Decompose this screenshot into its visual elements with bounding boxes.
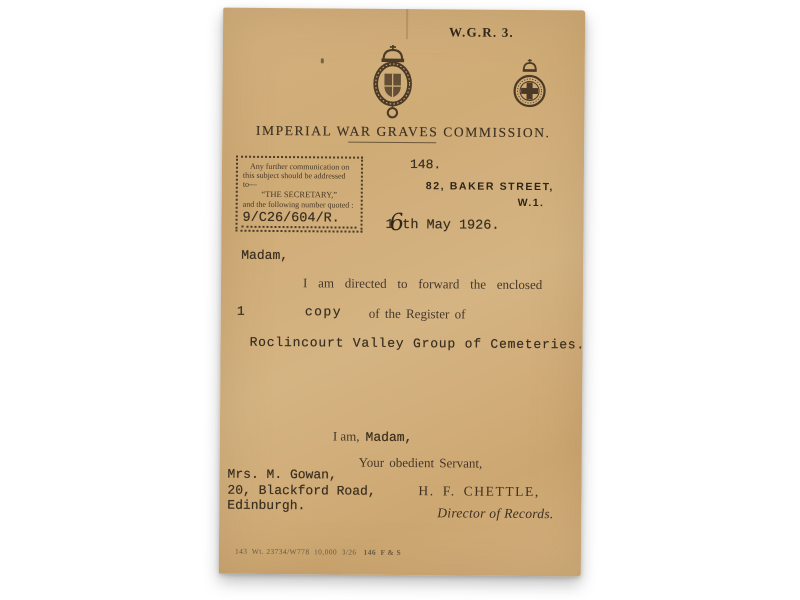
imprint-code: 143 Wt. 23734/W778 10,000 3/26 — [235, 547, 357, 557]
opening-line: I am directed to forward the enclosed — [303, 275, 542, 293]
reference-notice-line: and the following number quoted : — [243, 200, 356, 210]
reference-box: Any further communication on this subjec… — [235, 156, 363, 233]
imprint-printer-code: 146 F & S — [364, 548, 402, 557]
royal-arms-icon — [367, 44, 418, 120]
recipient-name: Mrs. M. Gowan, — [228, 467, 376, 484]
date-remainder: th May 1926. — [402, 218, 499, 234]
letter-paper: W.G.R. 3. — [219, 8, 585, 577]
copies-count: 1 — [237, 304, 245, 319]
title-rule — [348, 142, 436, 144]
recipient-street: 20, Blackford Road, — [227, 482, 375, 499]
closing-i-am: I am, — [333, 428, 360, 443]
salutation: Madam, — [241, 248, 288, 263]
reference-number: 9/C26/604/R. — [243, 211, 356, 227]
reference-addressee: “THE SECRETARY,” — [243, 189, 356, 201]
closing-madam: Madam, — [366, 430, 413, 445]
typed-form-count: 148. — [410, 157, 441, 172]
form-number: W.G.R. 3. — [449, 24, 514, 41]
register-intro: of the Register of — [369, 306, 466, 323]
closing-line: I am,Madam, — [333, 428, 413, 445]
street-address: 82, BAKER STREET, — [426, 180, 554, 193]
printers-imprint: 143 Wt. 23734/W778 10,000 3/26146 F & S — [235, 547, 401, 557]
paper-crease — [406, 9, 408, 39]
ink-speck — [321, 58, 324, 63]
date-handwritten-digit: 6 — [388, 209, 405, 236]
postal-district: W.1. — [518, 197, 545, 209]
signatory-title: Director of Records. — [437, 505, 553, 522]
date-line: 16th May 1926. — [385, 208, 499, 235]
recipient-city: Edinburgh. — [227, 498, 375, 515]
disabled-men-badge-icon — [509, 58, 549, 118]
reference-notice-line: this subject should be addressed — [243, 171, 356, 181]
copies-word: copy — [305, 304, 342, 319]
signatory-name: H. F. CHETTLE, — [418, 483, 540, 500]
recipient-address-block: Mrs. M. Gowan, 20, Blackford Road, Edinb… — [227, 467, 376, 515]
servant-line: Your obedient Servant, — [359, 455, 483, 472]
page-title: IMPERIAL WAR GRAVES COMMISSION. — [222, 123, 584, 142]
reference-dotted-line — [241, 226, 356, 229]
photo-background: W.G.R. 3. — [0, 0, 800, 600]
register-name: Roclincourt Valley Group of Cemeteries. — [250, 335, 586, 353]
